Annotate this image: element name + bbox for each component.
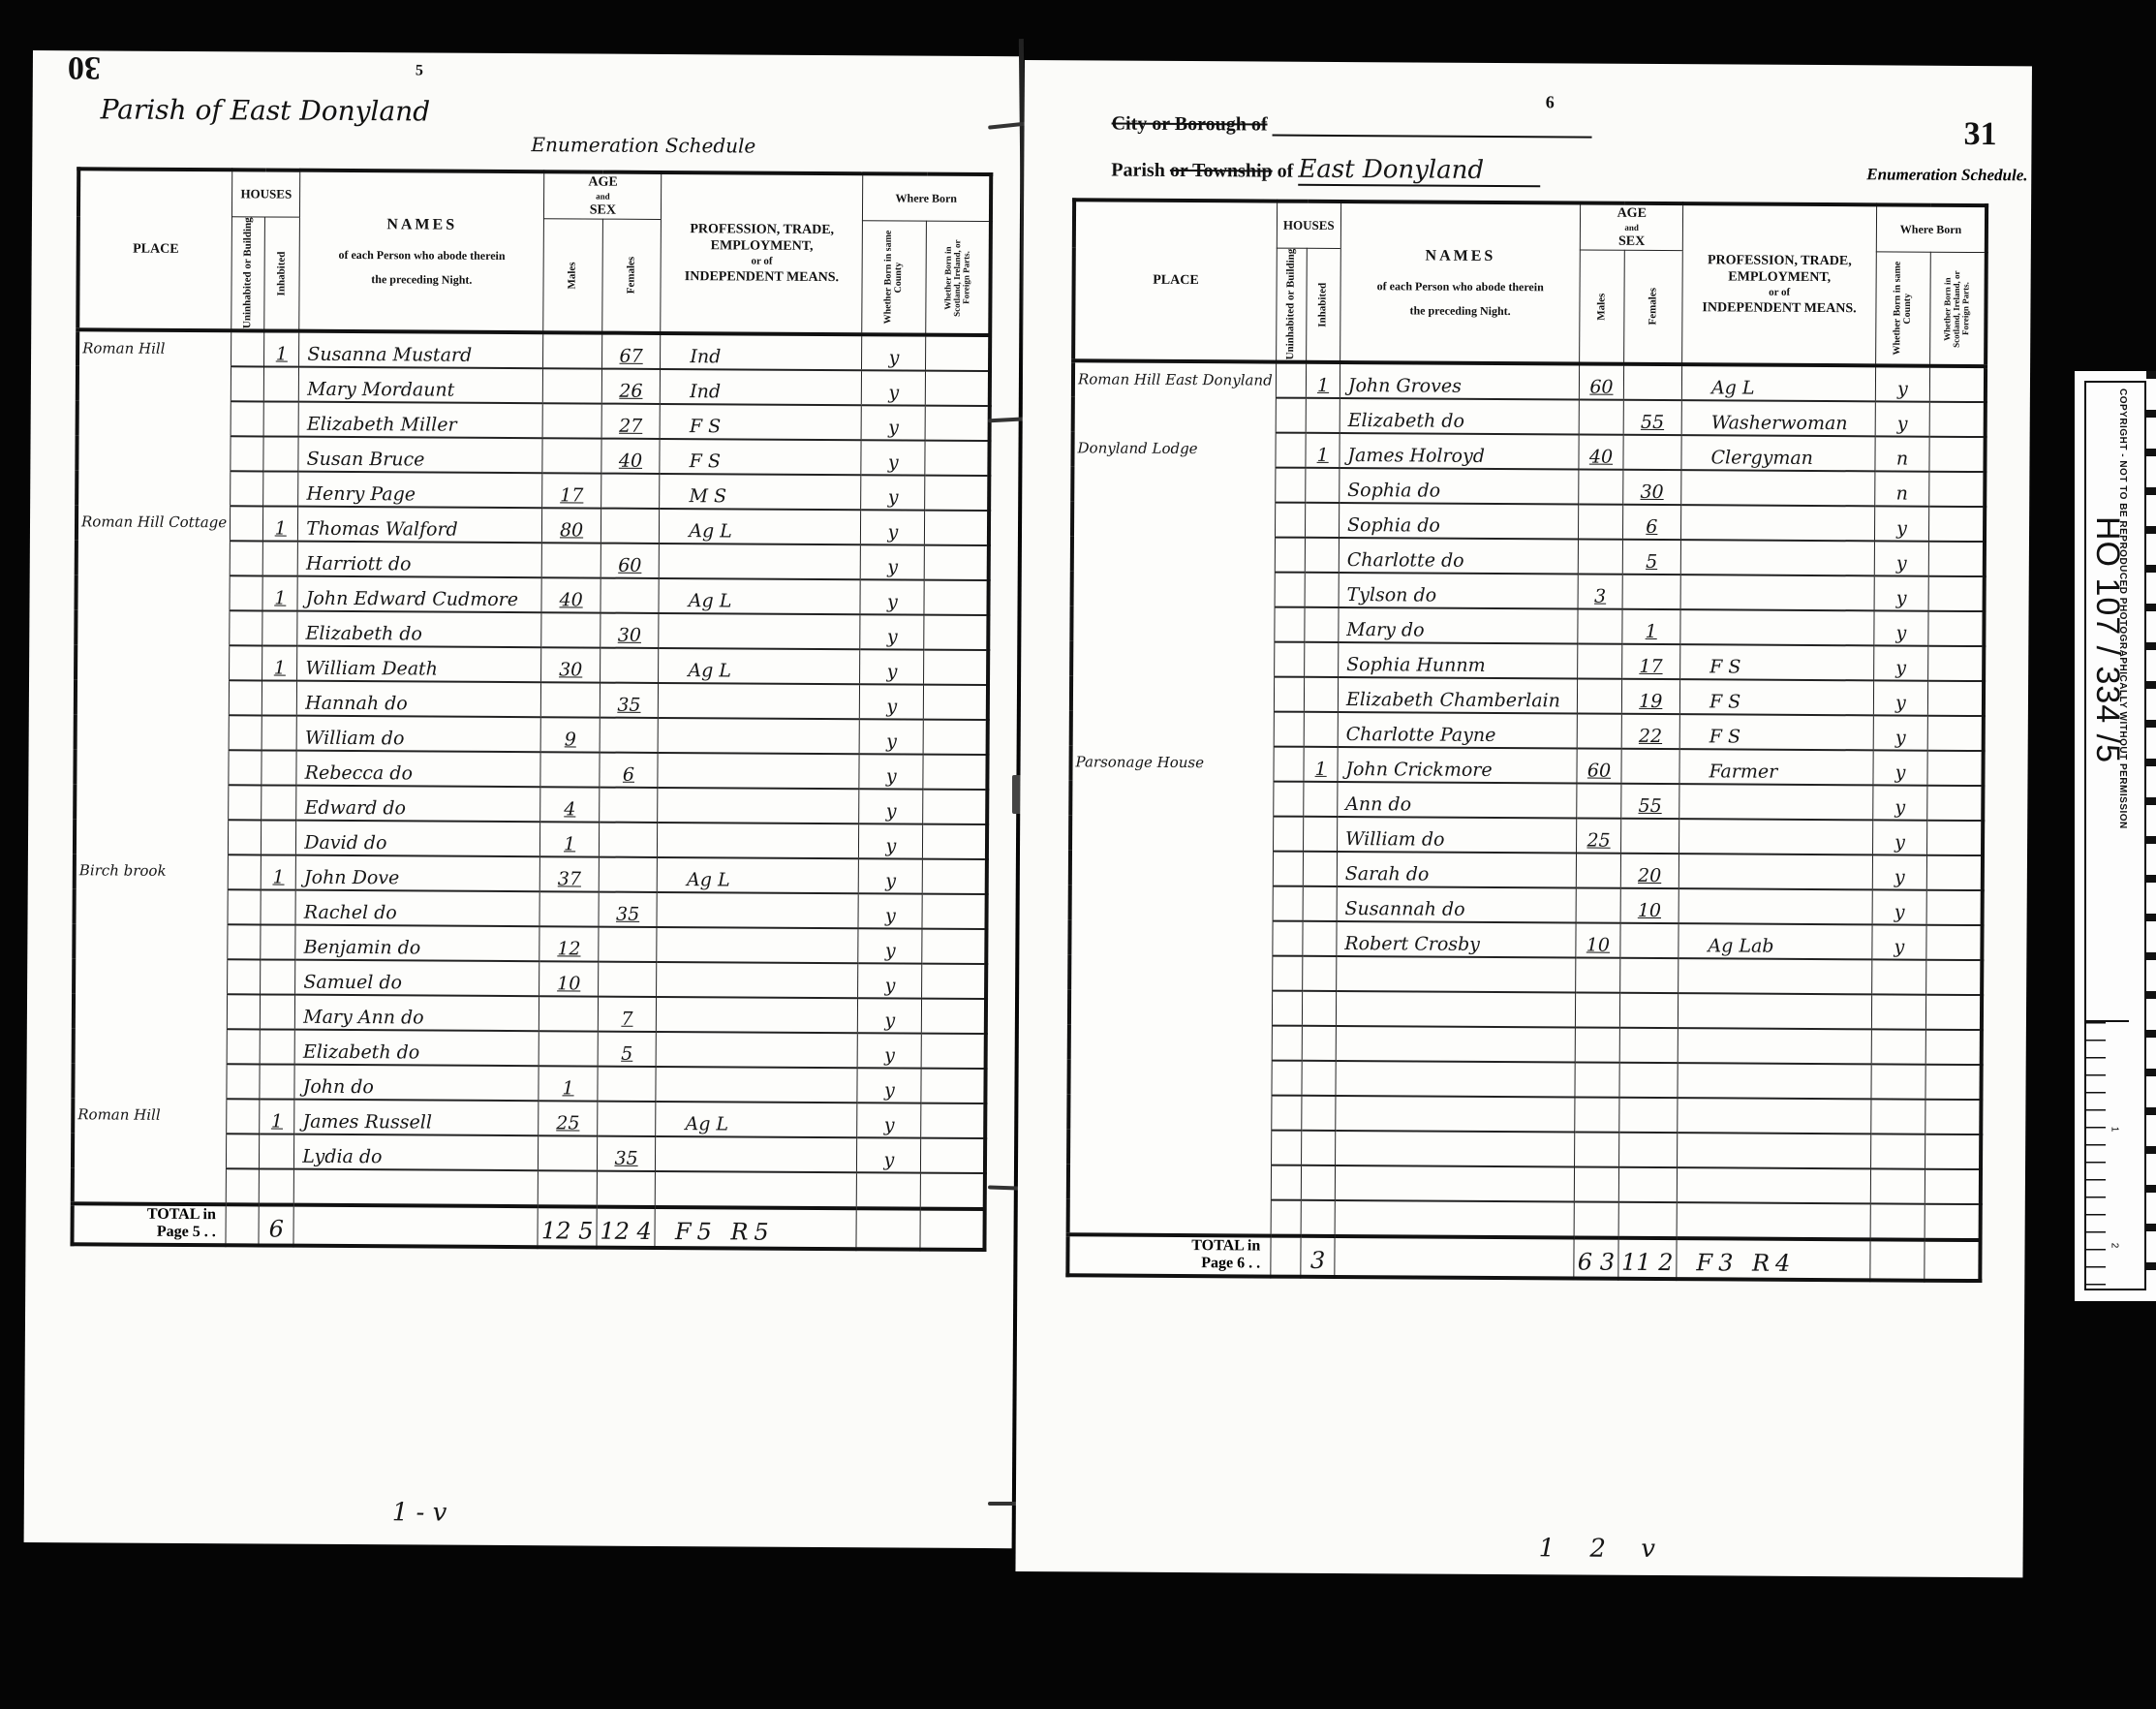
uninhabited-cell <box>229 715 262 750</box>
place-cell <box>1071 640 1274 676</box>
males-age-cell <box>1577 853 1620 887</box>
census-table-right: PLACE HOUSES NAMES of each Person who ab… <box>1065 198 1988 1283</box>
born-foreign-cell <box>921 1138 985 1173</box>
inhabited-cell <box>1303 991 1337 1026</box>
born-county-cell: y <box>857 1033 921 1068</box>
inhabited-cell <box>259 1168 293 1204</box>
born-county-cell: y <box>1874 610 1928 645</box>
uninhabited-cell <box>228 889 261 924</box>
uninhabited-cell <box>1272 1096 1303 1131</box>
uninhabited-cell <box>227 1099 260 1134</box>
uninhabited-cell <box>1274 712 1305 747</box>
name-cell: Sarah do <box>1337 852 1577 888</box>
profession-cell <box>658 823 859 858</box>
born-county-cell: y <box>861 475 925 510</box>
profession-cell: Ag L <box>660 509 861 544</box>
profession-cell: Ag Lab <box>1679 923 1872 959</box>
total-label-line2: Page 5 . . <box>77 1224 215 1242</box>
uninhabited-cell <box>1274 677 1305 712</box>
males-age-cell <box>1575 1097 1618 1132</box>
uninhabited-cell <box>1273 852 1304 886</box>
born-county-cell: y <box>1876 365 1930 401</box>
females-age-cell <box>598 962 657 997</box>
males-age-cell <box>1576 887 1619 922</box>
name-cell: John Crickmore <box>1338 747 1578 784</box>
born-foreign-cell <box>1928 542 1985 576</box>
place-cell <box>1068 1094 1271 1130</box>
profession-cell <box>656 1171 857 1208</box>
males-age-cell <box>539 996 599 1031</box>
uninhabited-cell <box>1275 503 1306 538</box>
profession-cell <box>1679 958 1872 994</box>
males-age-cell: 10 <box>539 961 599 996</box>
profession-cell: Ind <box>661 333 862 370</box>
header-males: Males <box>1580 250 1624 364</box>
place-cell <box>77 400 231 436</box>
females-age-cell <box>1619 923 1679 958</box>
inhabited-cell <box>263 436 298 471</box>
uninhabited-cell <box>227 1134 260 1168</box>
profession-cell <box>1680 540 1874 575</box>
born-county-cell <box>1870 1168 1925 1203</box>
place-cell <box>1070 850 1273 886</box>
uninhabited-cell <box>1271 1200 1302 1236</box>
census-rows-left: Roman Hill1Susanna Mustard67IndyMary Mor… <box>72 329 990 1250</box>
name-cell: Susannah do <box>1337 886 1577 923</box>
ruler-mark-2: 2 <box>2109 1243 2119 1249</box>
born-foreign-cell <box>1929 366 1986 402</box>
census-row: Hannah do35y <box>76 679 988 720</box>
census-row: William do9y <box>76 714 988 755</box>
inhabited-cell <box>1302 1096 1336 1131</box>
profession-cell <box>657 997 858 1033</box>
born-county-cell: y <box>857 1103 921 1137</box>
place-cell <box>73 1063 227 1099</box>
males-age-cell <box>539 1170 598 1206</box>
born-county-cell: y <box>860 614 924 649</box>
males-age-cell <box>539 891 599 926</box>
uninhabited-cell <box>231 330 264 366</box>
census-row <box>1068 1059 1981 1100</box>
inhabited-cell <box>1305 607 1339 642</box>
name-cell: Susan Bruce <box>298 437 542 474</box>
born-foreign-cell <box>1928 472 1985 507</box>
females-age-cell <box>597 1171 656 1207</box>
profession-cell: Ind <box>661 369 862 405</box>
place-cell: Roman Hill <box>73 1098 227 1134</box>
inhabited-cell <box>1305 677 1339 712</box>
males-age-cell <box>1575 1166 1618 1201</box>
census-row: Tylson do3y <box>1072 571 1985 611</box>
name-cell: Charlotte Payne <box>1338 712 1578 749</box>
place-cell: Birch brook <box>75 854 229 889</box>
place-cell <box>1069 1024 1272 1060</box>
name-cell: Robert Crosby <box>1337 921 1577 958</box>
females-age-cell: 55 <box>1620 784 1679 819</box>
profession-cell <box>1678 1063 1871 1099</box>
place-cell <box>1072 536 1275 572</box>
males-age-cell <box>540 752 600 787</box>
archive-reference-strip: HO 107 / 334 /5 COPYRIGHT - NOT TO BE RE… <box>2075 371 2156 1301</box>
born-county-cell: y <box>861 510 925 544</box>
profession-cell <box>1678 993 1871 1029</box>
place-cell <box>73 1133 227 1168</box>
females-age-cell <box>1618 1133 1678 1167</box>
inhabited-cell: 1 <box>1306 433 1340 468</box>
name-cell <box>1335 1200 1575 1238</box>
born-foreign-cell <box>921 1173 985 1209</box>
place-cell <box>1069 989 1272 1025</box>
females-age-cell <box>1619 993 1679 1028</box>
uninhabited-cell <box>1275 607 1306 642</box>
profession-cell: F S <box>660 439 861 475</box>
males-age-cell: 25 <box>539 1101 598 1135</box>
females-age-cell <box>599 823 658 857</box>
census-row: 1John Edward Cudmore40Ag Ly <box>76 575 988 615</box>
born-foreign-cell <box>926 335 990 371</box>
born-foreign-cell <box>1925 1030 1982 1065</box>
born-county-cell: y <box>861 405 925 440</box>
born-county-cell <box>1871 1099 1925 1134</box>
ruler-mark-1: 1 <box>2109 1127 2119 1133</box>
males-age-cell: 1 <box>540 822 600 856</box>
place-cell: Parsonage House <box>1070 745 1273 781</box>
born-foreign-cell <box>922 999 986 1034</box>
profession-cell: F S <box>660 404 861 440</box>
males-age-cell: 40 <box>1579 434 1622 469</box>
total-uninhabited <box>226 1204 259 1245</box>
born-county-cell: y <box>859 823 923 858</box>
name-cell <box>1335 1165 1575 1202</box>
inhabited-cell: 1 <box>1304 747 1338 782</box>
name-cell: Thomas Walford <box>298 507 542 544</box>
born-foreign-cell <box>1925 1204 1981 1240</box>
profession-cell <box>656 1067 857 1103</box>
name-cell <box>1336 1061 1576 1098</box>
born-county-cell <box>1872 959 1926 994</box>
males-age-cell <box>1575 1132 1618 1166</box>
born-county-cell: y <box>1874 680 1928 715</box>
profession-cell: Ag L <box>656 1102 857 1137</box>
uninhabited-cell <box>1272 956 1303 991</box>
males-age-cell <box>1578 643 1621 678</box>
females-age-cell <box>599 788 658 823</box>
census-row: Roman Hill1James Russell25Ag Ly <box>73 1098 985 1138</box>
place-cell <box>77 435 231 471</box>
born-county-cell <box>1872 994 1926 1029</box>
name-cell: Elizabeth Chamberlain <box>1338 677 1578 714</box>
males-age-cell: 40 <box>541 577 601 612</box>
place-cell <box>1070 885 1273 920</box>
born-foreign-cell <box>922 894 986 929</box>
inhabited-cell <box>261 994 295 1029</box>
females-age-cell: 40 <box>601 439 661 474</box>
place-cell <box>1070 780 1273 816</box>
born-county-cell: y <box>859 789 923 823</box>
born-foreign-cell <box>925 511 989 545</box>
males-age-cell <box>1579 539 1622 574</box>
males-age-cell <box>542 438 601 473</box>
inhabited-cell: 1 <box>261 854 295 889</box>
schedule-page-number-left: 5 <box>416 62 423 79</box>
females-age-cell <box>1623 364 1682 400</box>
census-row: Rebecca do6y <box>75 749 987 790</box>
females-age-cell <box>601 474 660 509</box>
inhabited-cell <box>1303 921 1337 956</box>
census-row: William do25y <box>1070 815 1983 855</box>
place-cell <box>1070 815 1273 851</box>
profession-cell <box>1680 609 1874 645</box>
uninhabited-cell <box>1274 747 1305 782</box>
males-age-cell: 60 <box>1577 748 1620 783</box>
born-county-cell <box>1871 1134 1925 1168</box>
city-borough-label: City or Borough of <box>1112 113 1592 139</box>
males-age-cell <box>1575 1062 1618 1097</box>
inhabited-cell <box>264 366 299 401</box>
females-age-cell <box>1619 1063 1679 1098</box>
census-row: Elizabeth Chamberlain19F Sy <box>1071 675 1984 716</box>
born-county-cell: y <box>1872 889 1926 924</box>
census-row <box>1068 1198 1981 1240</box>
born-county-cell: y <box>1873 820 1927 854</box>
females-age-cell: 1 <box>1621 609 1680 644</box>
name-cell <box>1337 956 1577 993</box>
inhabited-cell <box>1307 398 1340 433</box>
census-row: Roman Hill1Susanna Mustard67Indy <box>77 329 990 371</box>
header-where-born: Where Born <box>1876 204 1987 252</box>
header-place: PLACE <box>77 169 232 330</box>
name-cell: Elizabeth do <box>294 1030 539 1067</box>
uninhabited-cell <box>231 401 263 436</box>
females-age-cell: 7 <box>598 997 657 1032</box>
profession-cell <box>658 788 859 823</box>
profession-cell <box>1679 784 1873 820</box>
place-cell <box>1068 1198 1271 1235</box>
males-age-cell <box>1578 608 1621 643</box>
place-cell <box>1071 710 1274 746</box>
profession-cell <box>1681 505 1875 541</box>
name-cell: Samuel do <box>295 960 539 997</box>
census-row: John do1y <box>73 1063 985 1103</box>
inhabited-cell <box>1303 886 1337 921</box>
total-names-blank <box>1335 1236 1575 1278</box>
inhabited-cell <box>262 715 296 750</box>
total-uninhabited <box>1271 1236 1302 1277</box>
males-age-cell <box>541 682 601 717</box>
uninhabited-cell <box>228 959 261 994</box>
uninhabited-cell <box>230 575 262 610</box>
born-foreign-cell <box>1927 646 1984 681</box>
name-cell: Mary do <box>1339 607 1579 644</box>
name-cell: Rebecca do <box>296 751 540 788</box>
place-cell: Roman Hill <box>77 329 231 366</box>
born-county-cell: y <box>861 440 925 475</box>
uninhabited-cell <box>229 820 262 854</box>
born-county-cell: y <box>1872 924 1926 959</box>
parish-heading-left: Parish of East Donyland <box>101 93 431 127</box>
females-age-cell <box>1618 1167 1678 1202</box>
place-cell <box>76 679 230 715</box>
scale-ruler: 1 2 <box>2084 1020 2129 1289</box>
census-row <box>73 1167 985 1209</box>
inhabited-cell <box>262 750 296 785</box>
total-born-foreign <box>1925 1240 1981 1281</box>
born-foreign-cell <box>1928 576 1985 611</box>
born-foreign-cell <box>1929 437 1986 472</box>
males-age-cell <box>1576 957 1619 992</box>
born-foreign-cell <box>925 545 989 580</box>
place-cell <box>1069 954 1272 990</box>
name-cell: John Edward Cudmore <box>297 576 541 613</box>
born-county-cell: y <box>858 928 922 963</box>
total-males: 6 3 <box>1574 1237 1617 1278</box>
folio-number-left: 30 <box>68 48 101 85</box>
total-born-county <box>856 1208 920 1249</box>
below-tally-right: 1 2 v <box>1539 1534 1669 1564</box>
born-foreign-cell <box>1926 925 1983 960</box>
name-cell: Harriott do <box>297 542 541 578</box>
name-cell: Edward do <box>296 786 540 823</box>
born-foreign-cell <box>925 441 989 476</box>
males-age-cell: 30 <box>541 647 601 682</box>
census-row: Charlotte do5y <box>1072 536 1985 576</box>
place-cell <box>76 644 230 680</box>
males-age-cell: 1 <box>539 1066 598 1101</box>
uninhabited-cell <box>1272 991 1303 1026</box>
inhabited-cell: 1 <box>262 645 297 680</box>
born-foreign-cell <box>924 650 988 685</box>
place-cell <box>1072 571 1275 606</box>
profession-cell: F S <box>1679 679 1873 715</box>
name-cell: William Death <box>297 646 541 683</box>
uninhabited-cell <box>230 680 262 715</box>
census-row: Elizabeth do55Washerwomany <box>1073 396 1986 437</box>
uninhabited-cell <box>1276 362 1307 398</box>
census-row: Birch brook1John Dove37Ag Ly <box>75 854 987 894</box>
header-born-county: Whether Born in same County <box>862 221 927 335</box>
profession-cell <box>1677 1167 1870 1203</box>
total-label-line1: TOTAL in <box>77 1205 216 1224</box>
header-profession: PROFESSION, TRADE,EMPLOYMENT, or ofINDEP… <box>1682 203 1877 365</box>
profession-cell: Ag L <box>1681 364 1875 401</box>
males-age-cell: 12 <box>539 926 599 961</box>
census-row: Elizabeth do5y <box>74 1028 986 1069</box>
uninhabited-cell <box>228 924 261 959</box>
born-foreign-cell <box>922 1034 986 1069</box>
place-cell <box>76 575 230 610</box>
males-age-cell: 37 <box>540 856 600 891</box>
census-row: Robert Crosby10Ag Laby <box>1069 919 1982 960</box>
inhabited-cell <box>263 471 298 506</box>
born-county-cell: y <box>860 684 924 719</box>
uninhabited-cell <box>1275 573 1306 607</box>
profession-cell <box>1678 1098 1871 1134</box>
total-females: 12 4 <box>597 1207 656 1248</box>
place-cell <box>74 958 228 994</box>
name-cell <box>293 1169 538 1207</box>
header-place: PLACE <box>1073 200 1277 361</box>
header-uninhabited: Uninhabited or Building <box>231 217 265 330</box>
total-label-line1: TOTAL in <box>1072 1236 1260 1256</box>
females-age-cell <box>598 1102 657 1136</box>
uninhabited-cell <box>1273 817 1304 852</box>
born-county-cell: y <box>1873 750 1927 785</box>
uninhabited-cell <box>227 1029 260 1064</box>
females-age-cell: 35 <box>597 1136 656 1171</box>
born-county-cell: y <box>858 963 922 998</box>
profession-cell <box>1681 470 1875 506</box>
place-cell <box>75 749 229 785</box>
census-row: Roman Hill East Donyland1John Groves60Ag… <box>1073 360 1986 402</box>
census-row: Sophia do30n <box>1072 466 1985 507</box>
profession-cell <box>657 962 858 998</box>
born-foreign-cell <box>1928 611 1985 646</box>
born-county-cell <box>1871 1064 1925 1099</box>
inhabited-cell <box>1304 852 1338 886</box>
born-foreign-cell <box>1927 681 1984 716</box>
profession-cell: Ag L <box>658 857 859 893</box>
males-age-cell <box>1578 713 1621 748</box>
total-row: TOTAL inPage 6 . .36 311 2F3 R4 <box>1067 1234 1980 1281</box>
born-county-cell: y <box>859 858 923 893</box>
born-foreign-cell <box>923 859 987 894</box>
place-cell <box>77 540 231 575</box>
females-age-cell <box>601 509 660 544</box>
males-age-cell: 80 <box>542 508 601 543</box>
born-county-cell: y <box>1874 541 1928 575</box>
born-foreign-cell <box>1928 507 1985 542</box>
born-county-cell <box>857 1172 921 1208</box>
name-cell: Tylson do <box>1339 573 1579 609</box>
females-age-cell: 22 <box>1621 714 1680 749</box>
profession-cell: F S <box>1680 644 1874 680</box>
inhabited-cell <box>1306 468 1340 503</box>
born-county-cell: y <box>1875 401 1929 436</box>
males-age-cell <box>1576 992 1619 1027</box>
females-age-cell: 20 <box>1620 854 1679 888</box>
males-age-cell: 17 <box>542 473 601 508</box>
born-county-cell: y <box>1872 854 1926 889</box>
name-cell <box>1335 1131 1575 1167</box>
females-age-cell <box>598 1067 657 1102</box>
males-age-cell: 4 <box>540 787 600 822</box>
profession-cell <box>1679 854 1872 889</box>
born-county-cell: n <box>1875 471 1929 506</box>
name-cell: Sophia do <box>1339 503 1579 540</box>
total-label: TOTAL inPage 6 . . <box>1067 1234 1271 1276</box>
header-inhabited: Inhabited <box>264 217 300 330</box>
census-row: Sarah do20y <box>1070 850 1983 890</box>
strip-edge-marks <box>2146 371 2156 1301</box>
uninhabited-cell <box>231 366 264 401</box>
females-age-cell <box>1622 575 1681 609</box>
total-names-blank <box>293 1205 538 1247</box>
born-county-cell: y <box>858 893 922 928</box>
census-row: Rachel do35y <box>74 888 986 929</box>
total-label-line2: Page 6 . . <box>1072 1255 1260 1274</box>
born-foreign-cell <box>923 790 987 824</box>
born-foreign-cell <box>925 406 989 441</box>
inhabited-cell <box>1305 712 1339 747</box>
schedule-page-number-right: 6 <box>1546 92 1555 112</box>
schedule-heading-left: Enumeration Schedule <box>531 133 755 157</box>
place-cell <box>74 888 228 924</box>
place-cell <box>77 365 231 401</box>
inhabited-cell <box>263 401 298 436</box>
folio-number-right: 31 <box>1963 116 1996 153</box>
born-foreign-cell <box>1926 821 1983 855</box>
born-foreign-cell <box>922 929 986 964</box>
